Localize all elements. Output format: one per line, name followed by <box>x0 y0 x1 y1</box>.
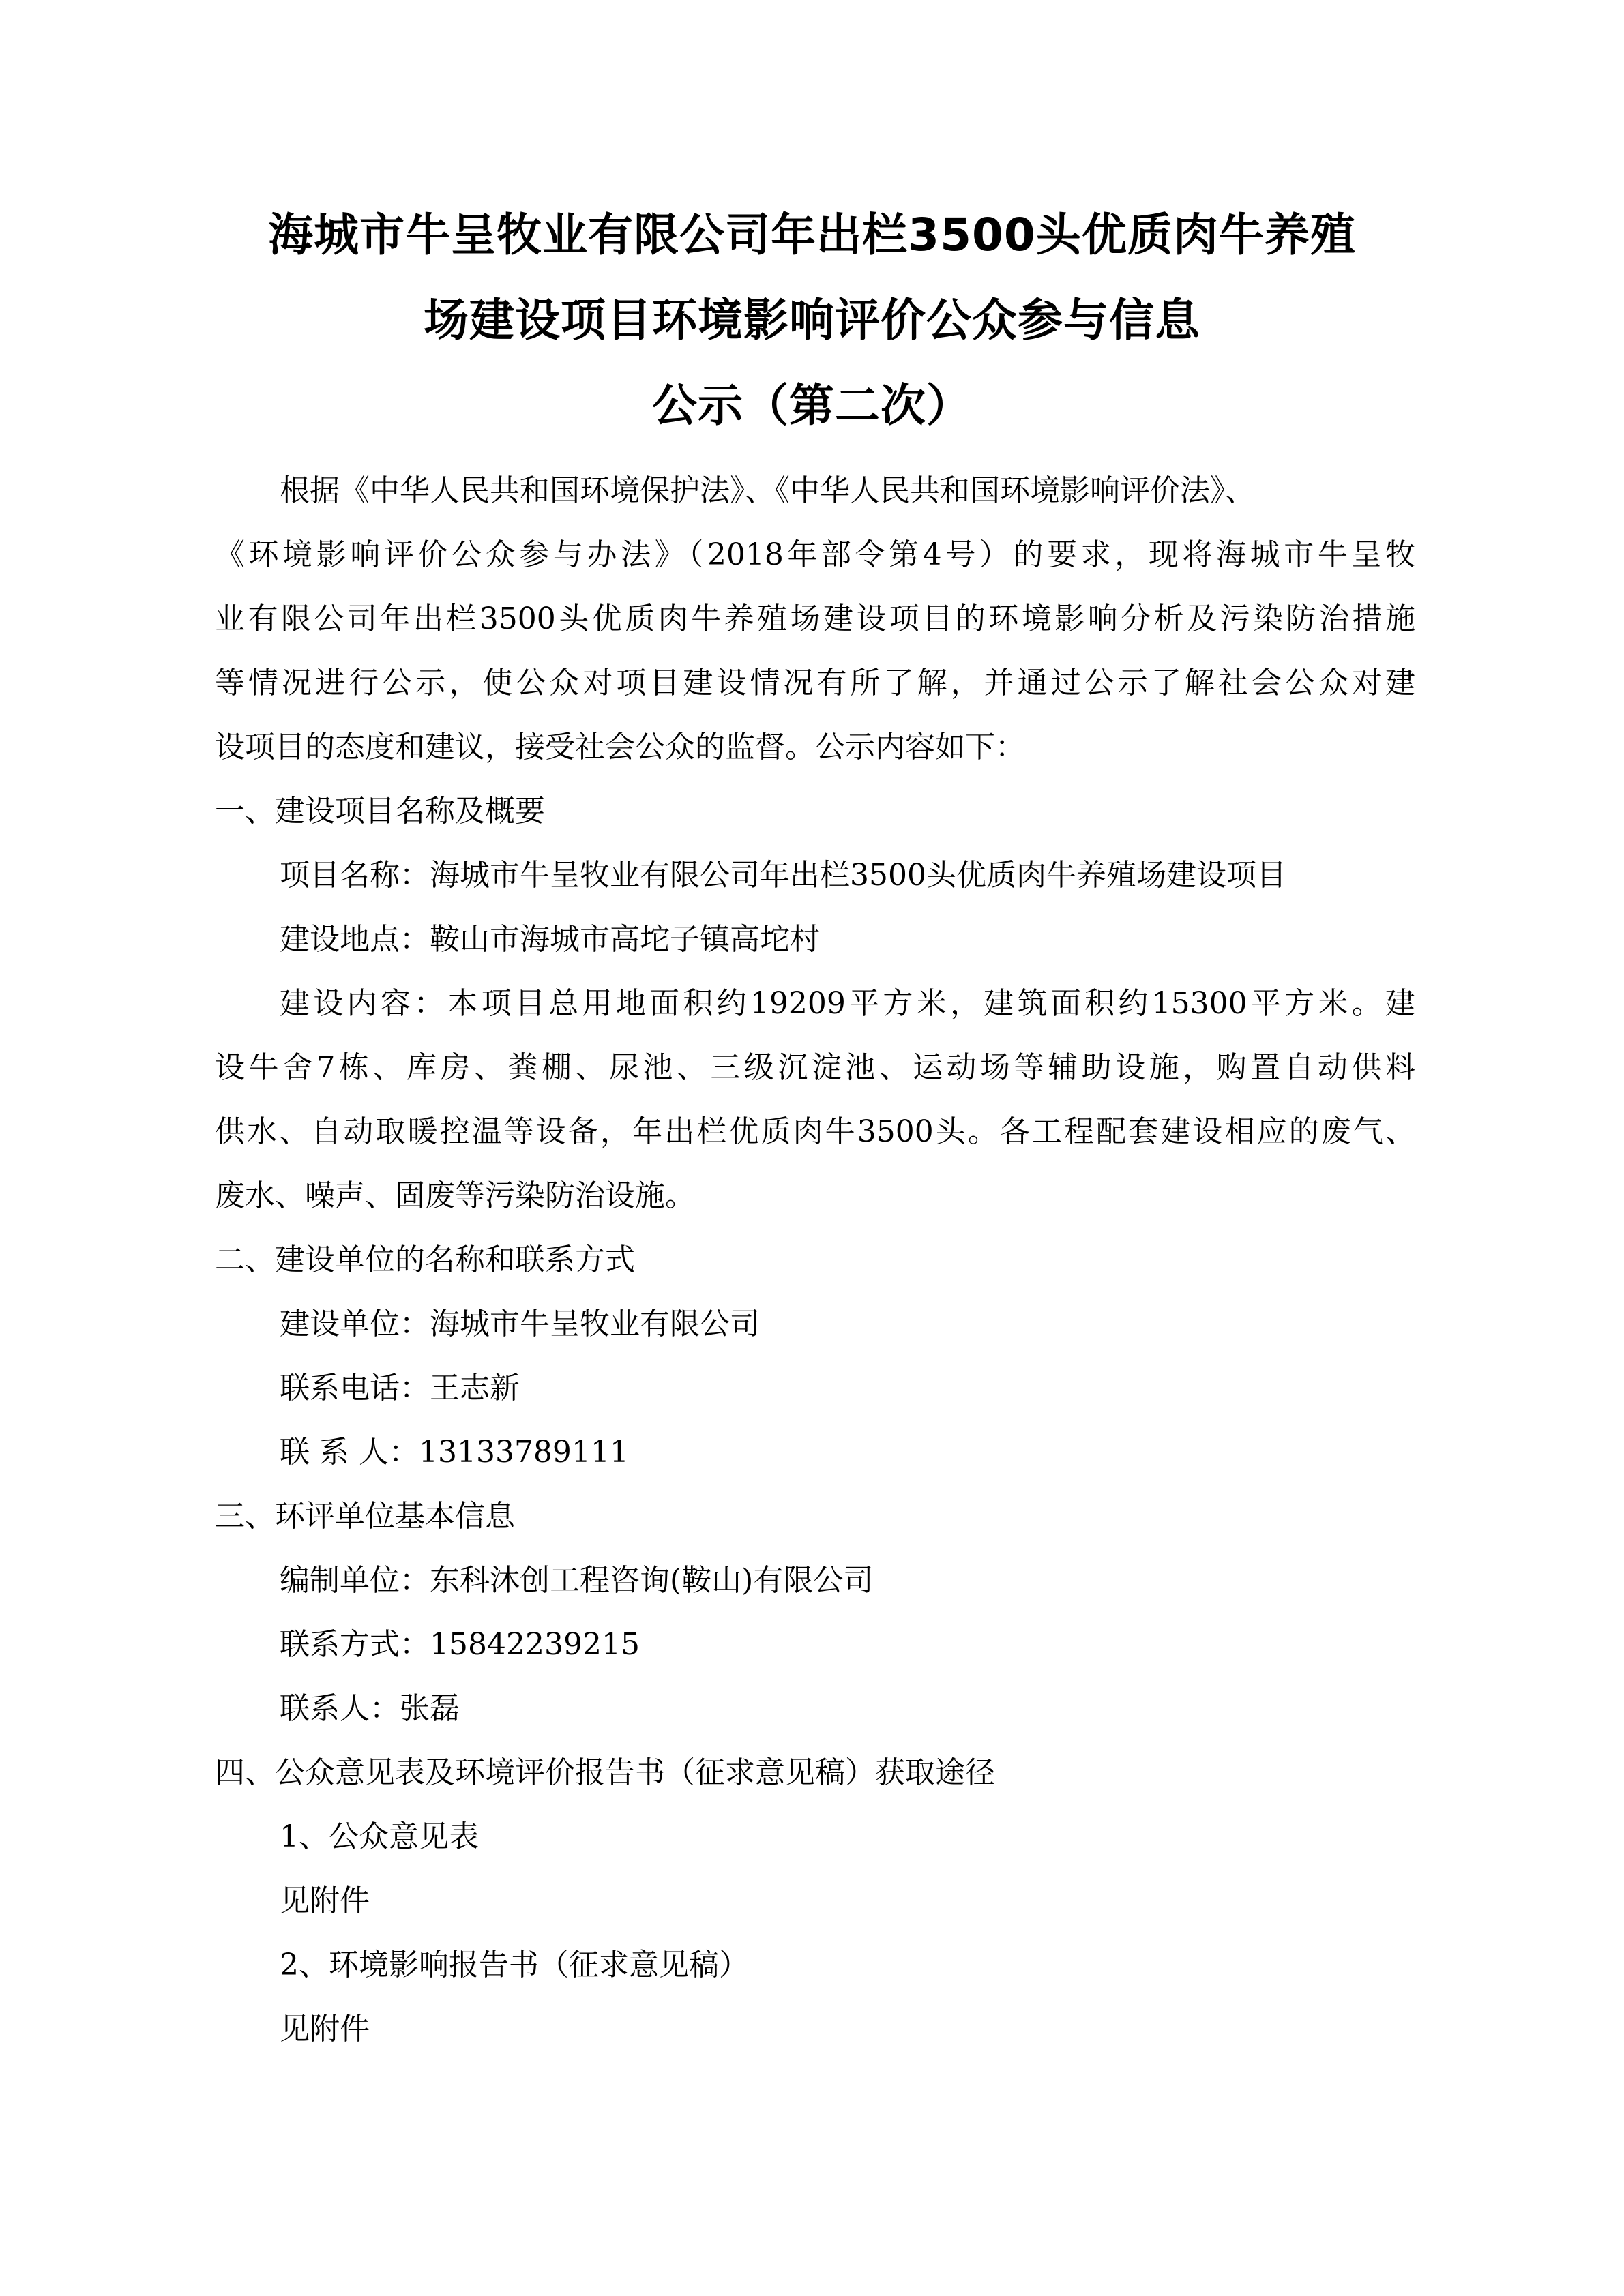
eia-contact-person: 联系人：张磊 <box>280 1688 1480 1729</box>
section-3-heading: 三、环评单位基本信息 <box>215 1496 1415 1537</box>
eia-unit: 编制单位：东科沐创工程咨询(鞍山)有限公司 <box>280 1560 1480 1601</box>
construction-contact: 联 系 人：13133789111 <box>280 1432 1480 1473</box>
eia-contact-method: 联系方式：15842239215 <box>280 1624 1480 1665</box>
document-title-line-2: 场建设项目环境影响评价公众参与信息 <box>205 293 1419 348</box>
project-content-line-3: 供水、自动取暖控温等设备，年出栏优质肉牛3500头。各工程配套建设相应的废气、 <box>215 1112 1415 1152</box>
project-content-line-4: 废水、噪声、固废等污染防治设施。 <box>215 1176 1415 1217</box>
construction-unit: 建设单位：海城市牛呈牧业有限公司 <box>280 1304 1480 1345</box>
section-4-heading: 四、公众意见表及环境评价报告书（征求意见稿）获取途径 <box>215 1753 1415 1793</box>
document-title-line-1: 海城市牛呈牧业有限公司年出栏3500头优质肉牛养殖 <box>205 208 1419 263</box>
project-content-line-1: 建设内容：本项目总用地面积约19209平方米，建筑面积约15300平方米。建 <box>280 983 1415 1024</box>
section-1-heading: 一、建设项目名称及概要 <box>215 791 1415 832</box>
construction-phone: 联系电话：王志新 <box>280 1368 1480 1409</box>
project-name: 项目名称：海城市牛呈牧业有限公司年出栏3500头优质肉牛养殖场建设项目 <box>280 855 1480 896</box>
section-2-heading: 二、建设单位的名称和联系方式 <box>215 1240 1415 1281</box>
intro-line-1: 根据《中华人民共和国环境保护法》、《中华人民共和国环境影响评价法》、 <box>280 471 1415 511</box>
public-opinion-form-attachment: 见附件 <box>280 1881 1480 1922</box>
intro-line-3: 业有限公司年出栏3500头优质肉牛养殖场建设项目的环境影响分析及污染防治措施 <box>215 599 1415 640</box>
document-title-line-3: 公示（第二次） <box>205 378 1419 433</box>
intro-line-2: 《环境影响评价公众参与办法》（2018年部令第4号）的要求，现将海城市牛呈牧 <box>215 535 1415 576</box>
project-content-line-2: 设牛舍7栋、库房、粪棚、尿池、三级沉淀池、运动场等辅助设施，购置自动供料 <box>215 1047 1415 1088</box>
project-location: 建设地点：鞍山市海城市高坨子镇高坨村 <box>280 919 1480 960</box>
public-opinion-form-title: 1、公众意见表 <box>280 1817 1480 1858</box>
document-page: 海城市牛呈牧业有限公司年出栏3500头优质肉牛养殖 场建设项目环境影响评价公众参… <box>0 0 1624 2296</box>
eia-report-title: 2、环境影响报告书（征求意见稿） <box>280 1945 1480 1986</box>
intro-line-4: 等情况进行公示，使公众对项目建设情况有所了解，并通过公示了解社会公众对建 <box>215 663 1415 704</box>
eia-report-attachment: 见附件 <box>280 2009 1480 2050</box>
intro-line-5: 设项目的态度和建议，接受社会公众的监督。公示内容如下： <box>215 727 1415 768</box>
